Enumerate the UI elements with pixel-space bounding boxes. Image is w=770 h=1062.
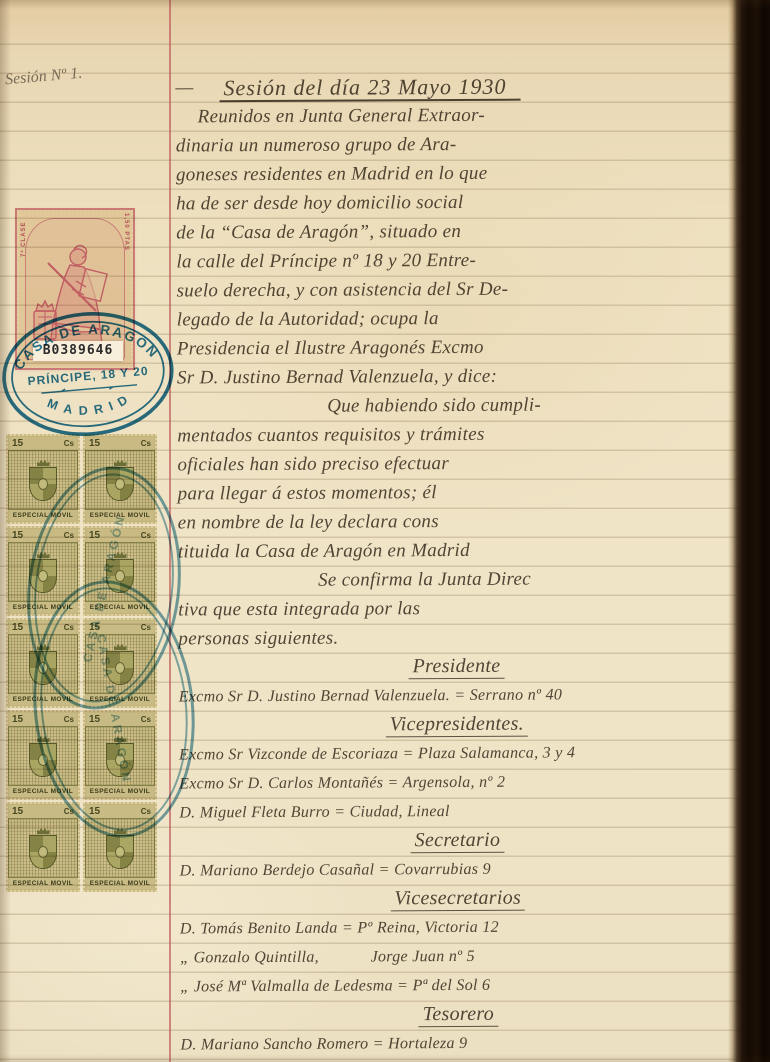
session-title-line: —Sesión del día 23 Mayo 1930 — [175, 71, 731, 103]
manuscript-line: Excmo Sr Vizconde de Escoriaza = Plaza S… — [179, 738, 735, 770]
manuscript-line: de la “Casa de Aragón”, situado en — [176, 216, 732, 248]
manuscript-line: D. Mariano Sancho Romero = Hortaleza 9 — [180, 1028, 736, 1060]
page-title: Sesión del día 23 Mayo 1930 — [219, 74, 520, 103]
stamp-cents-label: Cs — [141, 439, 151, 448]
manuscript-line: Presidencia el Ilustre Aragonés Excmo — [177, 332, 733, 364]
section-heading: Vicepresidentes. — [179, 709, 735, 741]
manuscript-line: D. Tomás Benito Landa = Pº Reina, Victor… — [180, 912, 736, 944]
manuscript-line: Se confirma la Junta Direc — [178, 564, 734, 596]
manuscript-line: personas siguientes. — [178, 622, 734, 654]
title-leading-dash: — — [175, 73, 219, 102]
coat-of-arms-icon — [106, 835, 134, 869]
section-heading: Tesorero — [180, 999, 736, 1031]
stamp-value-label: 1,50 PTAS — [117, 213, 129, 257]
manuscript-line: Excmo Sr D. Carlos Montañés = Argensola,… — [179, 767, 735, 799]
coat-of-arms-icon — [29, 467, 57, 501]
book-binding-edge — [728, 0, 770, 1062]
manuscript-line: D. Mariano Berdejo Casañal = Covarrubias… — [180, 854, 736, 886]
stamp-value: 15 — [12, 806, 23, 817]
manuscript-line: para llegar á estos momentos; él — [178, 477, 734, 509]
manuscript-line: tituida la Casa de Aragón en Madrid — [178, 535, 734, 567]
stamp-value: 15 — [12, 622, 23, 633]
manuscript-line: Sr D. Justino Bernad Valenzuela, y dice: — [177, 361, 733, 393]
section-heading: Vicesecretarios — [180, 883, 736, 915]
crown-icon — [114, 459, 127, 466]
manuscript-line: tiva que esta integrada por las — [178, 593, 734, 625]
manuscript-line: Que habiendo sido cumpli- — [177, 390, 733, 422]
manuscript-text-column: —Sesión del día 23 Mayo 1930 Reunidos en… — [175, 71, 736, 1060]
stamp-class-label: 7ª CLASE — [21, 213, 33, 257]
manuscript-line: ha de ser desde hoy domicilio social — [176, 187, 732, 219]
manuscript-line: legado de la Autoridad; ocupa la — [177, 303, 733, 335]
section-heading: Secretario — [179, 825, 735, 857]
manuscript-line: „ José Mª Valmalla de Ledesma = Pª del S… — [180, 970, 736, 1002]
coat-of-arms-icon — [29, 835, 57, 869]
manuscript-line: dinaria un numeroso grupo de Ara- — [176, 129, 732, 161]
crown-icon — [37, 827, 50, 834]
margin-note: Sesión Nº 1. — [4, 65, 83, 90]
stamp-engraving — [8, 819, 78, 877]
stamp-value: 15 — [12, 714, 23, 725]
manuscript-line: en nombre de la ley declara cons — [178, 506, 734, 538]
manuscript-line: D. Miguel Fleta Burro = Ciudad, Lineal — [179, 796, 735, 828]
manuscript-line: oficiales han sido preciso efectuar — [177, 448, 733, 480]
svg-text:MADRID: MADRID — [44, 389, 137, 422]
oval-rubber-stamp: CASA DE ARAGÓN PRÍNCIPE, 18 Y 20 MADRID — [0, 303, 181, 448]
oval-overprint-text: CASA DE ARAGÓN — [94, 633, 134, 785]
oval-stamp-bottom-text: MADRID — [44, 389, 137, 422]
stamp-caption: ESPECIAL MOVIL — [8, 877, 78, 890]
manuscript-line: Reunidos en Junta General Extraor- — [176, 100, 732, 132]
manuscript-line: Excmo Sr D. Justino Bernad Valenzuela. =… — [179, 680, 735, 712]
manuscript-line: goneses residentes en Madrid en lo que — [176, 158, 732, 190]
stamp-value: 15 — [12, 530, 23, 541]
revenue-stamp-green: 15CsESPECIAL MOVIL — [6, 802, 80, 892]
oval-stamp-middle-text: PRÍNCIPE, 18 Y 20 — [27, 363, 149, 389]
manuscript-line: la calle del Príncipe nº 18 y 20 Entre- — [176, 245, 732, 277]
section-heading: Presidente — [178, 651, 734, 683]
stamp-caption: ESPECIAL MOVIL — [85, 877, 155, 890]
manuscript-line: „ Gonzalo Quintilla, Jorge Juan nº 5 — [180, 941, 736, 973]
manuscript-line: suelo derecha, y con asistencia del Sr D… — [176, 274, 732, 306]
crown-icon — [37, 459, 50, 466]
manuscript-page: Sesión Nº 1. 7ª CLASE 1,50 PTAS B0389646 — [0, 0, 770, 1062]
manuscript-lines: Reunidos en Junta General Extraor-dinari… — [176, 100, 737, 1060]
manuscript-line: mentados cuantos requisitos y trámites — [177, 419, 733, 451]
